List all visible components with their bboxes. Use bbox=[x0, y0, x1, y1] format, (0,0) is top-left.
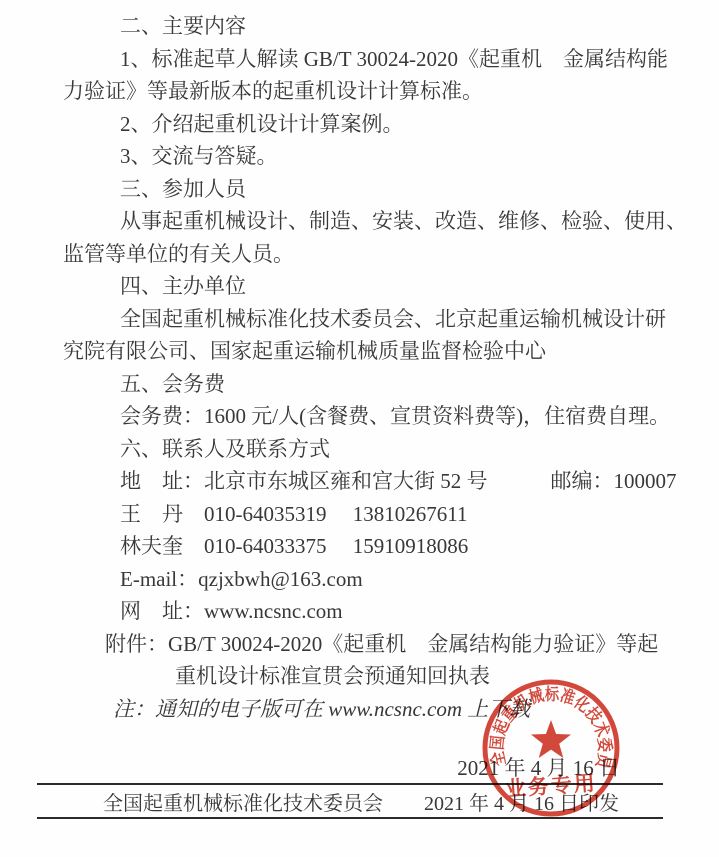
text-line: 二、主要内容 bbox=[63, 10, 689, 43]
text-line: 究院有限公司、国家起重运输机械质量监督检验中心 bbox=[63, 335, 689, 368]
text-line: 网 址：www.ncsnc.com bbox=[63, 595, 689, 628]
text-line: 全国起重机械标准化技术委员会、北京起重运输机械设计研 bbox=[63, 303, 689, 336]
text-line: 重机设计标准宣贯会预通知回执表 bbox=[63, 660, 689, 693]
text-line: 监管等单位的有关人员。 bbox=[63, 238, 689, 271]
sign-date: 2021 年 4 月 16 日 bbox=[0, 755, 719, 781]
text-line: 六、联系人及联系方式 bbox=[63, 433, 689, 466]
text-line: 1、标准起草人解读 GB/T 30024-2020《起重机 金属结构能 bbox=[63, 43, 689, 76]
text-line: 力验证》等最新版本的起重机设计计算标准。 bbox=[63, 75, 689, 108]
star-icon bbox=[531, 720, 571, 758]
text-line: 会务费：1600 元/人(含餐费、宣贯资料费等)，住宿费自理。 bbox=[63, 400, 689, 433]
footer-divider-bottom bbox=[37, 817, 663, 819]
footer-org-name: 全国起重机械标准化技术委员会 bbox=[103, 787, 383, 816]
text-line: 四、主办单位 bbox=[63, 270, 689, 303]
text-line: 从事起重机械设计、制造、安装、改造、维修、检验、使用、 bbox=[63, 205, 689, 238]
text-line: 五、会务费 bbox=[63, 368, 689, 401]
text-line: 2、介绍起重机设计计算案例。 bbox=[63, 108, 689, 141]
text-line: 三、参加人员 bbox=[63, 173, 689, 206]
text-line: E-mail：qzjxbwh@163.com bbox=[63, 563, 689, 596]
footer: 全国起重机械标准化技术委员会 2021 年 4 月 16 日印发 bbox=[37, 783, 663, 819]
document-body: 二、主要内容1、标准起草人解读 GB/T 30024-2020《起重机 金属结构… bbox=[0, 0, 719, 725]
text-line: 附件：GB/T 30024-2020《起重机 金属结构能力验证》等起 bbox=[63, 628, 689, 661]
text-line: 3、交流与答疑。 bbox=[63, 140, 689, 173]
notice-document-page: 二、主要内容1、标准起草人解读 GB/T 30024-2020《起重机 金属结构… bbox=[0, 0, 719, 857]
footer-print-date: 2021 年 4 月 16 日印发 bbox=[424, 787, 619, 816]
text-line: 王 丹 010-64035319 13810267611 bbox=[63, 498, 689, 531]
text-line: 林夫奎 010-64033375 15910918086 bbox=[63, 530, 689, 563]
text-line: 注：通知的电子版可在 www.ncsnc.com 上下载 bbox=[63, 693, 689, 726]
text-line: 地 址：北京市东城区雍和宫大街 52 号 邮编：100007 bbox=[63, 465, 689, 498]
footer-row: 全国起重机械标准化技术委员会 2021 年 4 月 16 日印发 bbox=[37, 785, 663, 817]
